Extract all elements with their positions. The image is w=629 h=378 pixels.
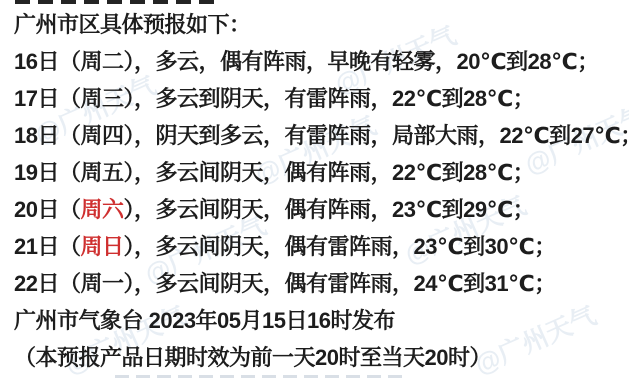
forecast-weekday: 周日 [80, 234, 123, 259]
forecast-detail: ），多云间阴天，偶有阵雨，23℃到29℃； [124, 197, 535, 222]
forecast-line-18: 18日（周四），阴天到多云，有雷阵雨，局部大雨，22℃到27℃； [14, 117, 625, 154]
forecast-date: 16日（ [14, 49, 80, 74]
weather-forecast-bulletin: @广州天气 @广州天气 @广州天气 @广州天气 @广州天气 @广州天气 @广州天… [0, 0, 629, 378]
validity-note-line: （本预报产品日期时效为前一天20时至当天20时） [14, 339, 625, 376]
forecast-date: 19日（ [14, 160, 80, 185]
forecast-line-22: 22日（周一），多云间阴天，偶有雷阵雨，24℃到31℃； [14, 265, 625, 302]
forecast-date: 22日（ [14, 271, 80, 296]
forecast-weekday: 周六 [80, 197, 123, 222]
forecast-weekday: 周五 [80, 160, 123, 185]
forecast-detail: ），多云到阴天，有雷阵雨，22℃到28℃； [124, 86, 535, 111]
forecast-line-16: 16日（周二），多云，偶有阵雨，早晚有轻雾，20℃到28℃； [14, 43, 625, 80]
forecast-date: 21日（ [14, 234, 80, 259]
forecast-weekday: 周一 [80, 271, 123, 296]
forecast-weekday: 周四 [80, 123, 123, 148]
issuer-text: 广州市气象台 2023年05月15日16时发布 [14, 308, 395, 333]
forecast-weekday: 周二 [80, 49, 123, 74]
page-title: 广州市区具体预报如下： [14, 6, 625, 43]
forecast-detail: ），多云间阴天，偶有阵雨，22℃到28℃； [124, 160, 535, 185]
forecast-line-21: 21日（周日），多云间阴天，偶有雷阵雨，23℃到30℃； [14, 228, 625, 265]
forecast-date: 20日（ [14, 197, 80, 222]
forecast-weekday: 周三 [80, 86, 123, 111]
forecast-detail: ），阴天到多云，有雷阵雨，局部大雨，22℃到27℃； [124, 123, 629, 148]
page-title-text: 广州市区具体预报如下： [14, 12, 251, 37]
forecast-line-17: 17日（周三），多云到阴天，有雷阵雨，22℃到28℃； [14, 80, 625, 117]
forecast-line-19: 19日（周五），多云间阴天，偶有阵雨，22℃到28℃； [14, 154, 625, 191]
forecast-date: 17日（ [14, 86, 80, 111]
cropped-text-remnant-top [15, 0, 220, 4]
forecast-detail: ），多云间阴天，偶有雷阵雨，24℃到31℃； [124, 271, 556, 296]
forecast-detail: ），多云，偶有阵雨，早晚有轻雾，20℃到28℃； [124, 49, 599, 74]
forecast-line-20: 20日（周六），多云间阴天，偶有阵雨，23℃到29℃； [14, 191, 625, 228]
forecast-date: 18日（ [14, 123, 80, 148]
validity-note-text: （本预报产品日期时效为前一天20时至当天20时） [14, 345, 491, 370]
issuer-line: 广州市气象台 2023年05月15日16时发布 [14, 302, 625, 339]
forecast-text-block: 广州市区具体预报如下： 16日（周二），多云，偶有阵雨，早晚有轻雾，20℃到28… [14, 6, 625, 376]
forecast-detail: ），多云间阴天，偶有雷阵雨，23℃到30℃； [124, 234, 556, 259]
